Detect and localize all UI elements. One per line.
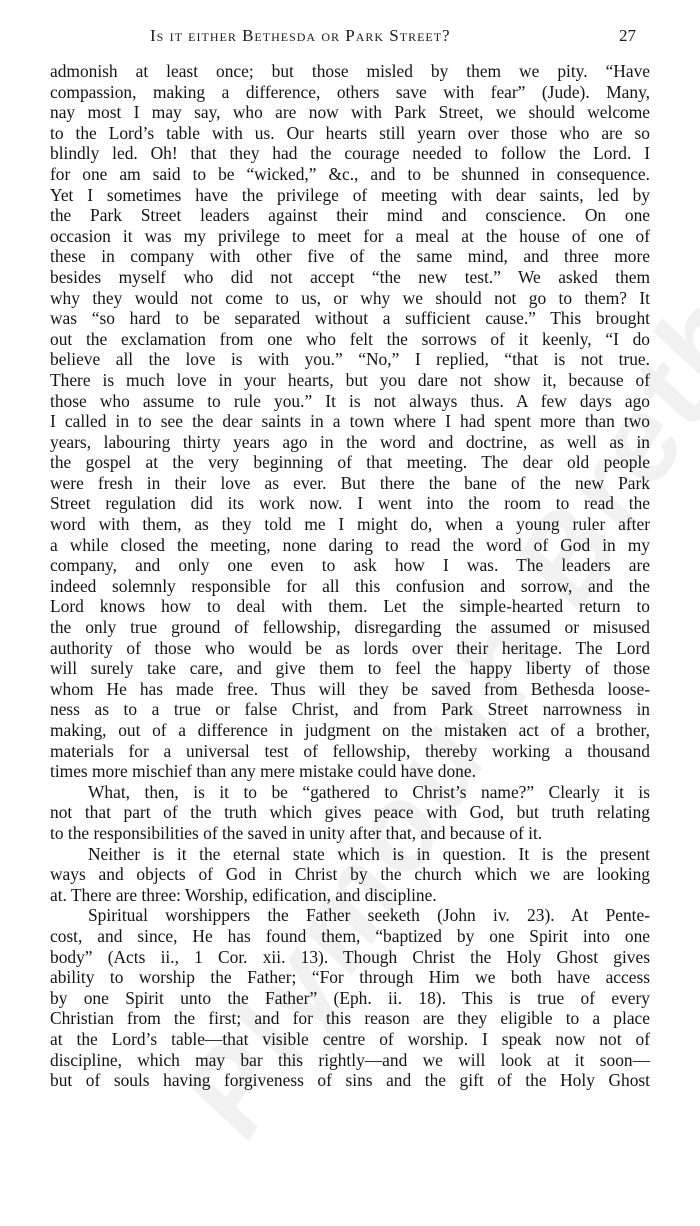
text-line: company, and only one even to ask how I … [50,555,650,576]
running-head: Is it either Bethesda or Park Street? 27 [50,26,650,50]
text-line: discipline, which may bar this rightly—a… [50,1050,650,1071]
text-line: those who assume to rule you.” It is not… [50,391,650,412]
text-line: What, then, is it to be “gathered to Chr… [50,782,650,803]
paragraph: admonish at least once; but those misled… [50,61,650,782]
text-line: Street regulation did its work now. I we… [50,493,650,514]
text-line: the Park Street leaders against their mi… [50,205,650,226]
paragraph: Neither is it the eternal state which is… [50,844,650,906]
text-line: Spiritual worshippers the Father seeketh… [50,905,650,926]
text-line: the gospel at the very beginning of that… [50,452,650,473]
text-line: whom He has made free. Thus will they be… [50,679,650,700]
text-line: besides myself who did not accept “the n… [50,267,650,288]
text-line: Neither is it the eternal state which is… [50,844,650,865]
text-line: admonish at least once; but those misled… [50,61,650,82]
text-line: body” (Acts ii., 1 Cor. xii. 13). Though… [50,947,650,968]
paragraph: Spiritual worshippers the Father seeketh… [50,905,650,1090]
text-line: indeed solemnly responsible for all this… [50,576,650,597]
text-line: were fresh in their love as ever. But th… [50,473,650,494]
text-line: the only true ground of fellowship, disr… [50,617,650,638]
text-line: to the responsibilities of the saved in … [50,823,650,844]
text-line: compassion, making a difference, others … [50,82,650,103]
text-line: I called in to see the dear saints in a … [50,411,650,432]
text-line: Yet I sometimes have the privilege of me… [50,185,650,206]
text-line: ways and objects of God in Christ by the… [50,864,650,885]
page-number: 27 [619,26,636,46]
text-line: Lord knows how to deal with them. Let th… [50,596,650,617]
text-line: at. There are three: Worship, edificatio… [50,885,650,906]
paragraph: What, then, is it to be “gathered to Chr… [50,782,650,844]
text-line: cost, and since, He has found them, “bap… [50,926,650,947]
text-line: these in company with other five of the … [50,246,650,267]
text-line: making, out of a difference in judgment … [50,720,650,741]
text-line: materials for a universal test of fellow… [50,741,650,762]
running-title: Is it either Bethesda or Park Street? [150,26,451,46]
text-line: at the Lord’s table—that visible centre … [50,1029,650,1050]
text-line: will surely take care, and give them to … [50,658,650,679]
text-line: blindly led. Oh! that they had the coura… [50,143,650,164]
text-line: authority of those who would be as lords… [50,638,650,659]
text-line: to the Lord’s table with us. Our hearts … [50,123,650,144]
text-line: was “so hard to be separated without a s… [50,308,650,329]
text-line: ability to worship the Father; “For thro… [50,967,650,988]
text-line: nay most I may say, who are now with Par… [50,102,650,123]
text-line: why they would not come to us, or why we… [50,288,650,309]
text-line: years, labouring thirty years ago in the… [50,432,650,453]
text-line: for one am said to be “wicked,” &c., and… [50,164,650,185]
text-line: believe all the love is with you.” “No,”… [50,349,650,370]
text-line: Christian from the first; and for this r… [50,1008,650,1029]
body-text: admonish at least once; but those misled… [50,61,650,1091]
text-line: a while closed the meeting, none daring … [50,535,650,556]
text-line: not that part of the truth which gives p… [50,802,650,823]
text-line: There is much love in your hearts, but y… [50,370,650,391]
text-line: word with them, as they told me I might … [50,514,650,535]
text-line: out the exclamation from one who felt th… [50,329,650,350]
text-line: occasion it was my privilege to meet for… [50,226,650,247]
text-line: but of souls having forgiveness of sins … [50,1070,650,1091]
text-line: times more mischief than any mere mistak… [50,761,650,782]
text-line: by one Spirit unto the Father” (Eph. ii.… [50,988,650,1009]
text-line: ness as to a true or false Christ, and f… [50,699,650,720]
